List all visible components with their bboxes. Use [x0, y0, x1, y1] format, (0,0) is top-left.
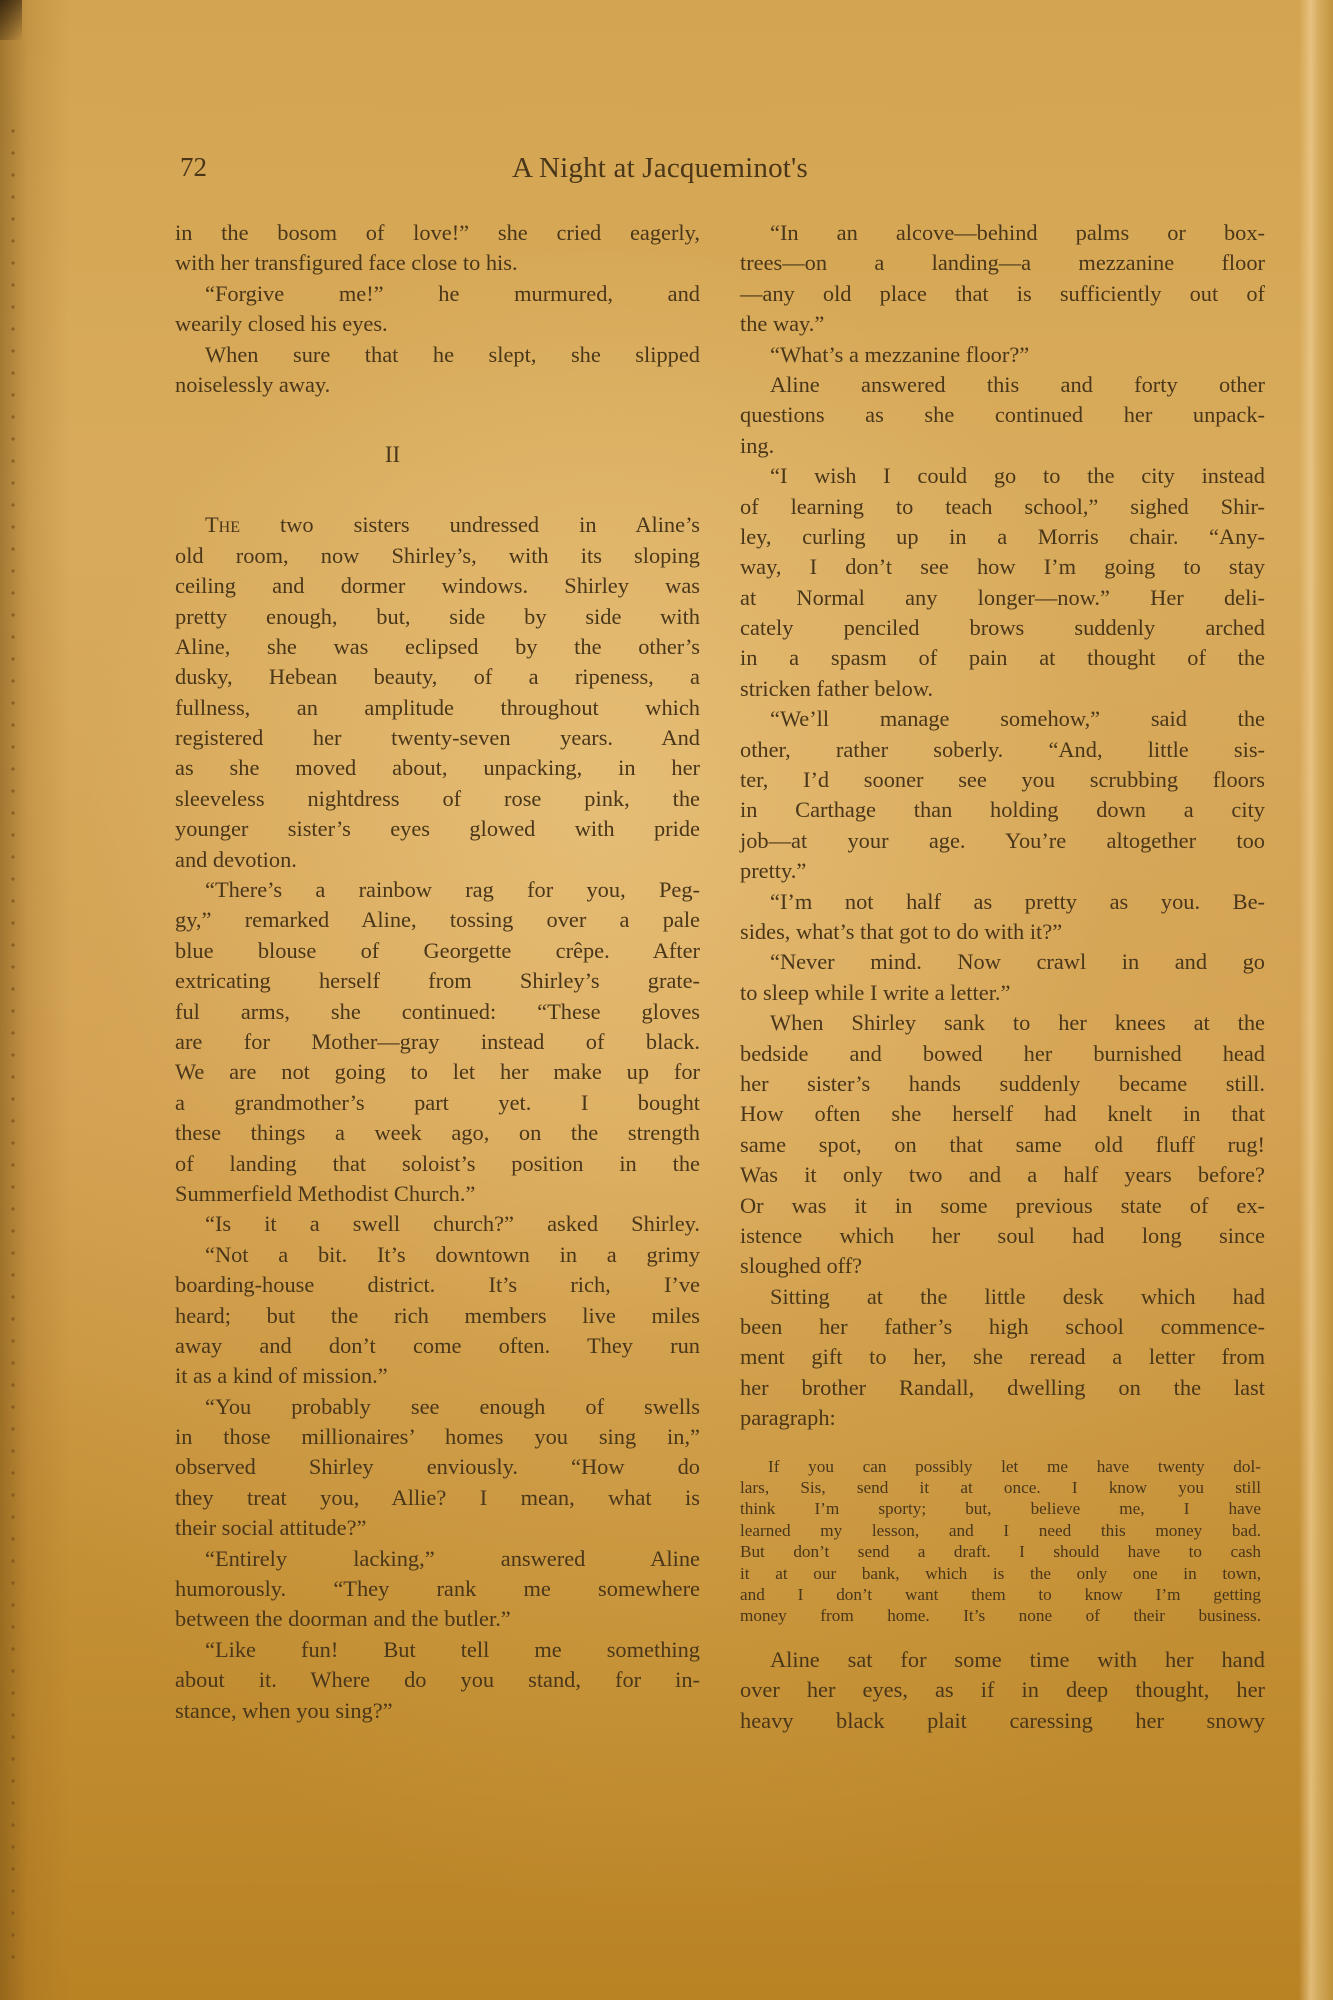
text-line: gy,” remarked Aline, tossing over a pale — [175, 905, 700, 935]
text-line: “There’s a rainbow rag for you, Peg- — [175, 875, 700, 905]
text-line: How often she herself had knelt in that — [740, 1099, 1265, 1129]
text-line: “Never mind. Now crawl in and go — [740, 947, 1265, 977]
text-line: When Shirley sank to her knees at the — [740, 1008, 1265, 1038]
text-line: sides, what’s that got to do with it?” — [740, 917, 1265, 947]
text-line: When sure that he slept, she slipped — [175, 340, 700, 370]
text-line: they treat you, Allie? I mean, what is — [175, 1483, 700, 1513]
section-number: II — [175, 440, 700, 470]
right-column-text: “In an alcove—behind palms or box-trees—… — [740, 218, 1265, 1434]
text-line: cately penciled brows suddenly arched — [740, 613, 1265, 643]
text-line: “Entirely lacking,” answered Aline — [175, 1544, 700, 1574]
text-line: “What’s a mezzanine floor?” — [740, 340, 1265, 370]
text-line: heard; but the rich members live miles — [175, 1301, 700, 1331]
text-line: noiselessly away. — [175, 370, 700, 400]
text-line: “We’ll manage somehow,” said the — [740, 704, 1265, 734]
text-line: “Like fun! But tell me something — [175, 1635, 700, 1665]
text-line: pretty.” — [740, 856, 1265, 886]
text-line: —any old place that is sufficiently out … — [740, 279, 1265, 309]
text-line: trees—on a landing—a mezzanine floor — [740, 248, 1265, 278]
text-line: a grandmother’s part yet. I bought — [175, 1088, 700, 1118]
text-line: sloughed off? — [740, 1251, 1265, 1281]
text-line: “I’m not half as pretty as you. Be- — [740, 887, 1265, 917]
text-line: old room, now Shirley’s, with its slopin… — [175, 541, 700, 571]
text-line: in Carthage than holding down a city — [740, 795, 1265, 825]
text-line: her sister’s hands suddenly became still… — [740, 1069, 1265, 1099]
text-line: their social attitude?” — [175, 1513, 700, 1543]
text-line: boarding-house district. It’s rich, I’ve — [175, 1270, 700, 1300]
page-corner-shadow — [0, 0, 22, 40]
section-lead-word: The — [205, 512, 240, 537]
quoted-letter: If you can possibly let me have twenty d… — [740, 1456, 1265, 1627]
text-line: between the doorman and the butler.” — [175, 1604, 700, 1634]
text-line: istence which her soul had long since — [740, 1221, 1265, 1251]
text-line: “Is it a swell church?” asked Shirley. — [175, 1209, 700, 1239]
text-line: “Forgive me!” he murmured, and — [175, 279, 700, 309]
text-line: other, rather soberly. “And, little sis- — [740, 735, 1265, 765]
text-line: at Normal any longer—now.” Her deli- — [740, 583, 1265, 613]
text-line: ceiling and dormer windows. Shirley was — [175, 571, 700, 601]
text-line: If you can possibly let me have twenty d… — [740, 1456, 1261, 1477]
text-line: humorously. “They rank me somewhere — [175, 1574, 700, 1604]
text-line: But don’t send a draft. I should have to… — [740, 1541, 1261, 1562]
text-line: registered her twenty-seven years. And — [175, 723, 700, 753]
text-line: money from home. It’s none of their busi… — [740, 1605, 1261, 1626]
text-line: way, I don’t see how I’m going to stay — [740, 552, 1265, 582]
running-head: 72 A Night at Jacqueminot's — [180, 152, 1280, 192]
text-line: pretty enough, but, side by side with — [175, 602, 700, 632]
text-line: ing. — [740, 431, 1265, 461]
running-title: A Night at Jacqueminot's — [512, 152, 808, 185]
text-line: ful arms, she continued: “These gloves — [175, 997, 700, 1027]
text-line: Aline answered this and forty other — [740, 370, 1265, 400]
text-line: stricken father below. — [740, 674, 1265, 704]
text-line: think I’m sporty; but, believe me, I hav… — [740, 1498, 1261, 1519]
text-line: it as a kind of mission.” — [175, 1361, 700, 1391]
text-line: sleeveless nightdress of rose pink, the — [175, 784, 700, 814]
text-line: the way.” — [740, 309, 1265, 339]
text-line: lars, Sis, send it at once. I know you s… — [740, 1477, 1261, 1498]
text-line: same spot, on that same old fluff rug! — [740, 1130, 1265, 1160]
text-line: it at our bank, which is the only one in… — [740, 1563, 1261, 1584]
text-line: younger sister’s eyes glowed with pride — [175, 814, 700, 844]
text-line: these things a week ago, on the strength — [175, 1118, 700, 1148]
text-line: of landing that soloist’s position in th… — [175, 1149, 700, 1179]
text-line: in a spasm of pain at thought of the — [740, 643, 1265, 673]
text-line: ter, I’d sooner see you scrubbing floors — [740, 765, 1265, 795]
text-line: to sleep while I write a letter.” — [740, 978, 1265, 1008]
text-line: are for Mother—gray instead of black. — [175, 1027, 700, 1057]
text-line-content: two sisters undressed in Aline’s — [240, 512, 700, 537]
text-line: over her eyes, as if in deep thought, he… — [740, 1675, 1265, 1705]
right-column: “In an alcove—behind palms or box-trees—… — [740, 218, 1265, 1736]
text-line: Aline sat for some time with her hand — [740, 1645, 1265, 1675]
text-line: We are not going to let her make up for — [175, 1057, 700, 1087]
text-line: fullness, an amplitude throughout which — [175, 693, 700, 723]
left-column-text-before-section: in the bosom of love!” she cried eagerly… — [175, 218, 700, 400]
left-column-text-after-section: The two sisters undressed in Aline’sold … — [175, 510, 700, 1726]
text-line: blue blouse of Georgette crêpe. After — [175, 936, 700, 966]
text-line: Sitting at the little desk which had — [740, 1282, 1265, 1312]
text-line: learned my lesson, and I need this money… — [740, 1520, 1261, 1541]
page-number: 72 — [180, 152, 207, 183]
text-line: paragraph: — [740, 1403, 1265, 1433]
text-line: observed Shirley enviously. “How do — [175, 1452, 700, 1482]
text-line: Aline, she was eclipsed by the other’s — [175, 632, 700, 662]
text-line: ley, curling up in a Morris chair. “Any- — [740, 522, 1265, 552]
text-line: Was it only two and a half years before? — [740, 1160, 1265, 1190]
text-line: about it. Where do you stand, for in- — [175, 1665, 700, 1695]
text-line: Or was it in some previous state of ex- — [740, 1191, 1265, 1221]
text-line: and devotion. — [175, 845, 700, 875]
text-line: The two sisters undressed in Aline’s — [175, 510, 700, 540]
text-line: extricating herself from Shirley’s grate… — [175, 966, 700, 996]
text-line: her brother Randall, dwelling on the las… — [740, 1373, 1265, 1403]
text-line: bedside and bowed her burnished head — [740, 1039, 1265, 1069]
text-line: and I don’t want them to know I’m gettin… — [740, 1584, 1261, 1605]
text-line: dusky, Hebean beauty, of a ripeness, a — [175, 662, 700, 692]
binding-edge — [8, 120, 18, 1970]
book-page: 72 A Night at Jacqueminot's in the bosom… — [0, 0, 1333, 2000]
text-line: with her transfigured face close to his. — [175, 248, 700, 278]
text-line: “I wish I could go to the city instead — [740, 461, 1265, 491]
text-line: job—at your age. You’re altogether too — [740, 826, 1265, 856]
text-line: “Not a bit. It’s downtown in a grimy — [175, 1240, 700, 1270]
text-line: been her father’s high school commence- — [740, 1312, 1265, 1342]
text-line: Summerfield Methodist Church.” — [175, 1179, 700, 1209]
right-column-text-after-letter: Aline sat for some time with her handove… — [740, 1645, 1265, 1736]
text-line: away and don’t come often. They run — [175, 1331, 700, 1361]
text-line: stance, when you sing?” — [175, 1696, 700, 1726]
left-column: in the bosom of love!” she cried eagerly… — [175, 218, 700, 1726]
text-line: heavy black plait caressing her snowy — [740, 1706, 1265, 1736]
text-line: in those millionaires’ homes you sing in… — [175, 1422, 700, 1452]
text-line: “In an alcove—behind palms or box- — [740, 218, 1265, 248]
text-line: wearily closed his eyes. — [175, 309, 700, 339]
text-line: questions as she continued her unpack- — [740, 400, 1265, 430]
text-line: as she moved about, unpacking, in her — [175, 753, 700, 783]
text-line: ment gift to her, she reread a letter fr… — [740, 1342, 1265, 1372]
text-line: “You probably see enough of swells — [175, 1392, 700, 1422]
text-line: in the bosom of love!” she cried eagerly… — [175, 218, 700, 248]
text-line: of learning to teach school,” sighed Shi… — [740, 492, 1265, 522]
